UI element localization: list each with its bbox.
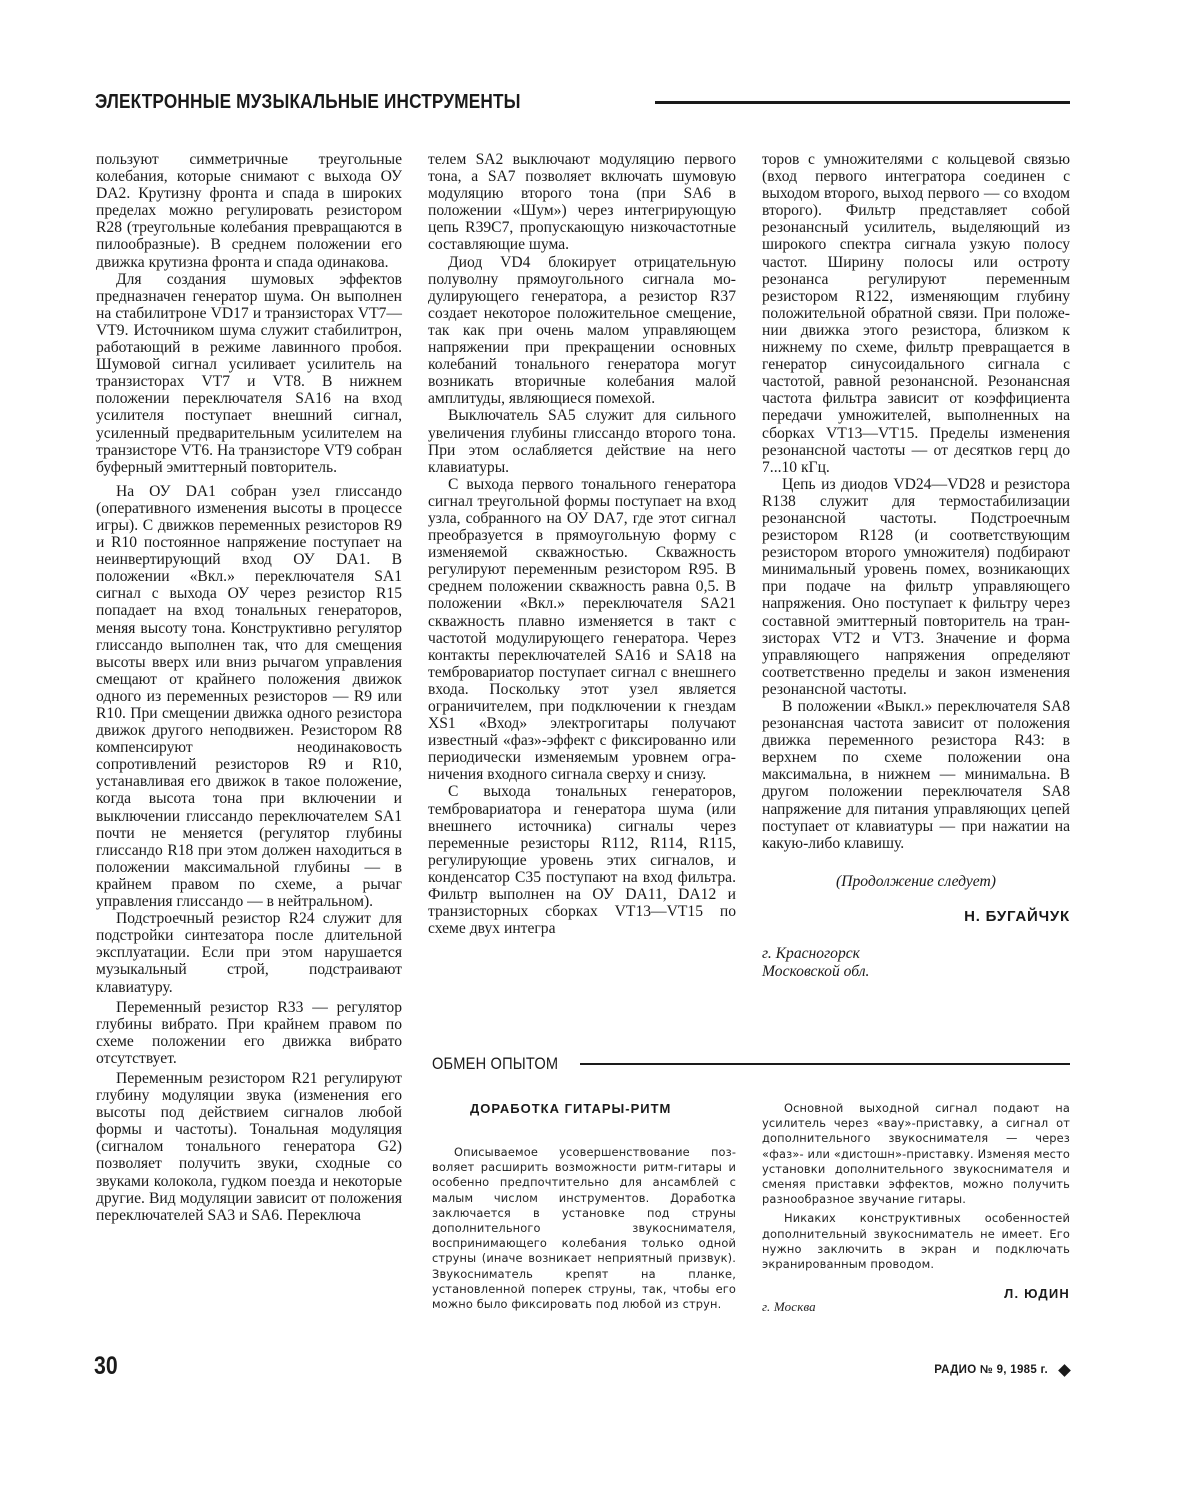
paragraph: телем SA2 выключают модуляцию пер­вого т… <box>428 151 736 254</box>
article-column-1: пользуют симметричные треугольные колеба… <box>96 151 402 1224</box>
exchange-column-1: Описываемое усовершенствование поз­воляе… <box>432 1145 736 1312</box>
paragraph: торов с умножителями с кольцевой связью … <box>762 151 1070 476</box>
paragraph: Переменный резистор R33 — регуля­тор глу… <box>96 999 402 1067</box>
header-rule <box>580 1063 1070 1065</box>
magazine-footer: РАДИО № 9, 1985 г. <box>934 1364 1069 1376</box>
paragraph: Выключатель SA5 служит для силь­ного уве… <box>428 407 736 475</box>
header-rule <box>655 101 1070 104</box>
paragraph: Подстроечный резистор R24 служит для под… <box>96 910 402 995</box>
magazine-issue: РАДИО № 9, 1985 г. <box>934 1364 1048 1376</box>
section-header: ЭЛЕКТРОННЫЕ МУЗЫКАЛЬНЫЕ ИНСТРУМЕНТЫ <box>95 91 1070 114</box>
paragraph: В положении «Выкл.» переключате­ля SA8 р… <box>762 698 1070 852</box>
paragraph: Цепь из диодов VD24—VD28 и резис­тора R1… <box>762 476 1070 698</box>
article-column-3: торов с умножителями с кольцевой связью … <box>762 151 1070 981</box>
paragraph: Переменным резистором R21 регули­руют гл… <box>96 1070 402 1224</box>
author-city: г. Москва <box>762 1299 1070 1314</box>
paragraph: пользуют симметричные треугольные колеба… <box>96 151 402 271</box>
paragraph: Описываемое усовершенствование поз­воляе… <box>432 1145 736 1312</box>
paragraph: С выхода тональных генераторов, темброва… <box>428 783 736 937</box>
paragraph: На ОУ DA1 собран узел глиссандо (операти… <box>96 483 402 910</box>
author-city: г. Красногорск Московской обл. <box>762 945 1070 981</box>
section-title: ЭЛЕКТРОННЫЕ МУЗЫКАЛЬНЫЕ ИНСТРУМЕНТЫ <box>95 91 577 114</box>
author-name: Н. БУГАЙЧУК <box>762 908 1070 925</box>
page-number: 30 <box>94 1352 118 1381</box>
city-line: г. Красногорск <box>762 945 860 962</box>
paragraph: Для создания шумовых эффектов предназнач… <box>96 271 402 476</box>
continuation-note: (Продолжение следует) <box>762 873 1070 890</box>
exchange-column-2: Основной выходной сигнал подают на усили… <box>762 1101 1070 1315</box>
paragraph: Диод VD4 блокирует отрицательную полувол… <box>428 254 736 408</box>
article-column-2: телем SA2 выключают модуляцию пер­вого т… <box>428 151 736 937</box>
diamond-icon <box>1058 1364 1071 1377</box>
magazine-page: ЭЛЕКТРОННЫЕ МУЗЫКАЛЬНЫЕ ИНСТРУМЕНТЫ поль… <box>0 0 1189 1500</box>
region-line: Московской обл. <box>762 963 869 980</box>
paragraph: С выхода первого тонального генера­тора … <box>428 476 736 784</box>
section-header-exchange: ОБМЕН ОПЫТОМ <box>432 1054 1070 1074</box>
paragraph: Никаких конструктивных особенностей допо… <box>762 1211 1070 1272</box>
article-title: ДОРАБОТКА ГИТАРЫ-РИТМ <box>470 1101 671 1116</box>
section-title: ОБМЕН ОПЫТОМ <box>432 1054 559 1074</box>
paragraph: Основной выходной сигнал подают на усили… <box>762 1101 1070 1207</box>
